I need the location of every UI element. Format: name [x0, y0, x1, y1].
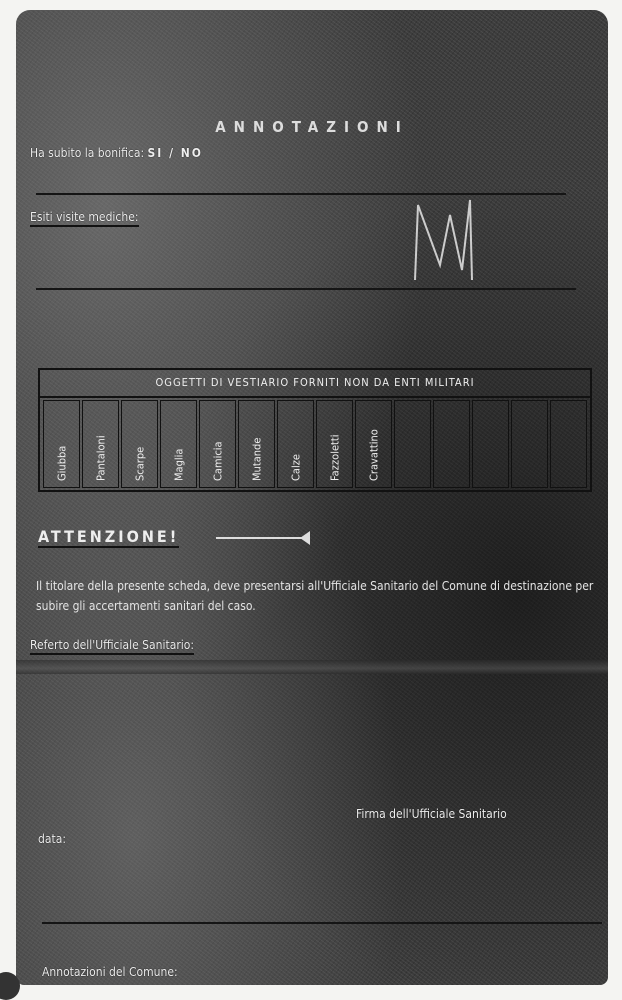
clothing-column: Camicia: [199, 400, 236, 488]
clothing-column: [550, 400, 587, 488]
firma-label: Firma dell'Ufficiale Sanitario: [356, 807, 507, 821]
clothing-column-label: Calze: [289, 454, 302, 481]
clothing-column-label: Maglia: [172, 449, 185, 481]
clothing-column-label: Giubba: [55, 446, 68, 481]
clothing-column-label: Scarpe: [133, 447, 146, 481]
divider: [36, 288, 576, 290]
bonifica-field: Ha subito la bonifica: SI / NO: [30, 146, 203, 160]
clothing-table-columns: GiubbaPantaloniScarpeMagliaCamiciaMutand…: [40, 398, 590, 490]
data-label: data:: [38, 832, 66, 846]
clothing-column: Scarpe: [121, 400, 158, 488]
clothing-column: [511, 400, 548, 488]
clothing-column-label: Camicia: [211, 441, 224, 481]
clothing-column: Cravattino: [355, 400, 392, 488]
clothing-column: Calze: [277, 400, 314, 488]
clothing-column: [394, 400, 431, 488]
clothing-column-label: Cravattino: [367, 429, 380, 481]
attention-heading: ATTENZIONE!: [38, 527, 179, 548]
clothing-column-label: Fazzoletti: [328, 434, 341, 481]
referto-label: Referto dell'Ufficiale Sanitario:: [30, 638, 194, 655]
form-title: ANNOTAZIONI: [16, 118, 608, 136]
bonifica-label: Ha subito la bonifica:: [30, 146, 144, 160]
clothing-column-label: Mutande: [250, 438, 263, 481]
clothing-column: Mutande: [238, 400, 275, 488]
clothing-table: OGGETTI DI VESTIARIO FORNITI NON DA ENTI…: [38, 368, 592, 492]
handwritten-signature: [410, 195, 490, 285]
clothing-column: Pantaloni: [82, 400, 119, 488]
clothing-column: Maglia: [160, 400, 197, 488]
clothing-table-heading: OGGETTI DI VESTIARIO FORNITI NON DA ENTI…: [40, 370, 590, 398]
scanned-form-card: ANNOTAZIONI Ha subito la bonifica: SI / …: [16, 10, 608, 985]
clothing-column: [433, 400, 470, 488]
visite-label: Esiti visite mediche:: [30, 210, 139, 227]
attention-text: Il titolare della presente scheda, deve …: [36, 576, 596, 616]
clothing-column: Fazzoletti: [316, 400, 353, 488]
clothing-column-label: Pantaloni: [94, 435, 107, 481]
clothing-column: [472, 400, 509, 488]
annotazioni-comune-label: Annotazioni del Comune:: [42, 965, 178, 979]
arrow-icon: [216, 537, 306, 539]
divider: [42, 922, 602, 924]
bonifica-value: SI / NO: [148, 146, 203, 160]
clothing-column: Giubba: [43, 400, 80, 488]
page-fold: [16, 660, 608, 674]
